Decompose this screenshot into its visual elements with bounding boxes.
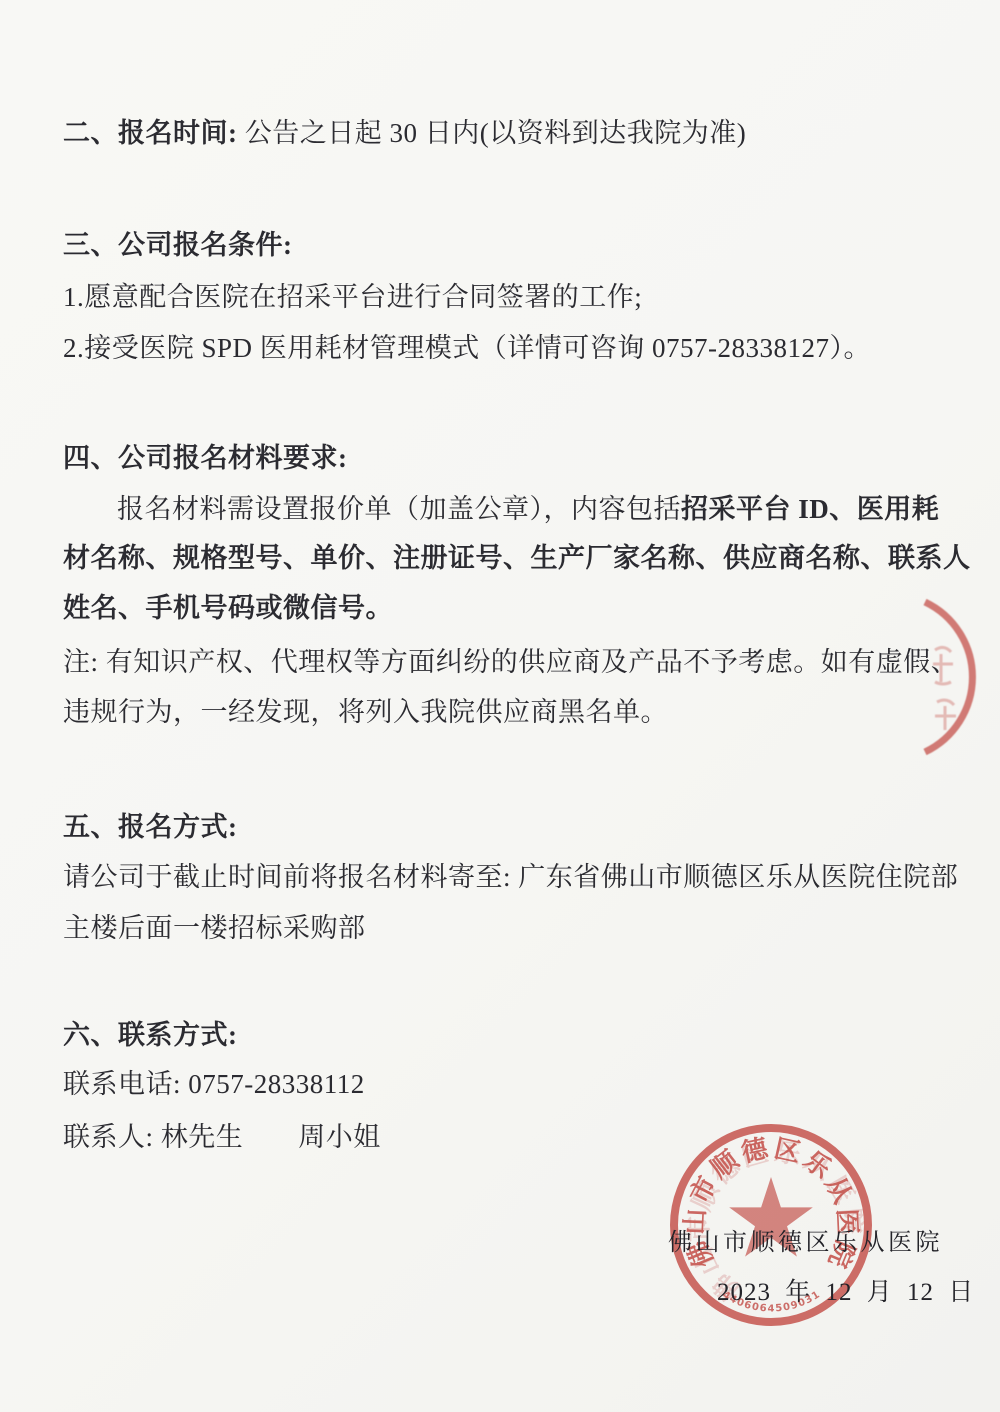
signature-hospital-name: 佛山市顺德区乐从医院 [668, 1222, 943, 1257]
section-4-para-line-3: 姓名、手机号码或微信号。 [63, 591, 393, 625]
section-4-para-line-2: 材名称、规格型号、单价、注册证号、生产厂家名称、供应商名称、联系人 [63, 541, 971, 575]
section-5-body-line-1: 请公司于截止时间前将报名材料寄至: 广东省佛山市顺德区乐从医院住院部 [63, 860, 958, 894]
section-3-heading: 三、公司报名条件: [63, 228, 293, 262]
section-6-heading: 六、联系方式: [63, 1018, 238, 1052]
partial-stamp-glyph-smudges [933, 647, 956, 730]
signature-date: 2023 年 12 月 12 日 [717, 1272, 974, 1308]
section-2-heading: 二、报名时间: [63, 118, 238, 148]
section-3-item-1: 1.愿意配合医院在招采平台进行合同签署的工作; [63, 280, 642, 314]
section-4-para-bold-start: 招采平台 ID、医用耗 [681, 494, 939, 524]
partial-stamp-edge-icon [895, 598, 1000, 763]
section-4-heading: 四、公司报名材料要求: [63, 441, 348, 475]
section-5-body-line-2: 主楼后面一楼招标采购部 [63, 911, 366, 945]
section-6-contact-line: 联系人: 林先生 周小姐 [63, 1120, 381, 1154]
section-6-phone-line: 联系电话: 0757-28338112 [63, 1067, 365, 1101]
section-4-para-line-1: 报名材料需设置报价单（加盖公章），内容包括招采平台 ID、医用耗 [117, 492, 939, 526]
scanned-document-page: 二、报名时间: 公告之日起 30 日内(以资料到达我院为准) 三、公司报名条件:… [0, 0, 1000, 1412]
partial-stamp-arc [925, 602, 972, 752]
section-2-line: 二、报名时间: 公告之日起 30 日内(以资料到达我院为准) [63, 116, 746, 150]
section-3-item-2: 2.接受医院 SPD 医用耗材管理模式（详情可咨询 0757-28338127）… [63, 331, 871, 365]
section-5-heading: 五、报名方式: [63, 810, 238, 844]
section-2-body: 公告之日起 30 日内(以资料到达我院为准) [238, 118, 747, 148]
section-4-note-line-1: 注: 有知识产权、代理权等方面纠纷的供应商及产品不予考虑。如有虚假、 [63, 645, 958, 679]
section-4-note-line-2: 违规行为，一经发现，将列入我院供应商黑名单。 [63, 695, 668, 729]
section-4-para-regular: 报名材料需设置报价单（加盖公章），内容包括 [117, 494, 681, 524]
